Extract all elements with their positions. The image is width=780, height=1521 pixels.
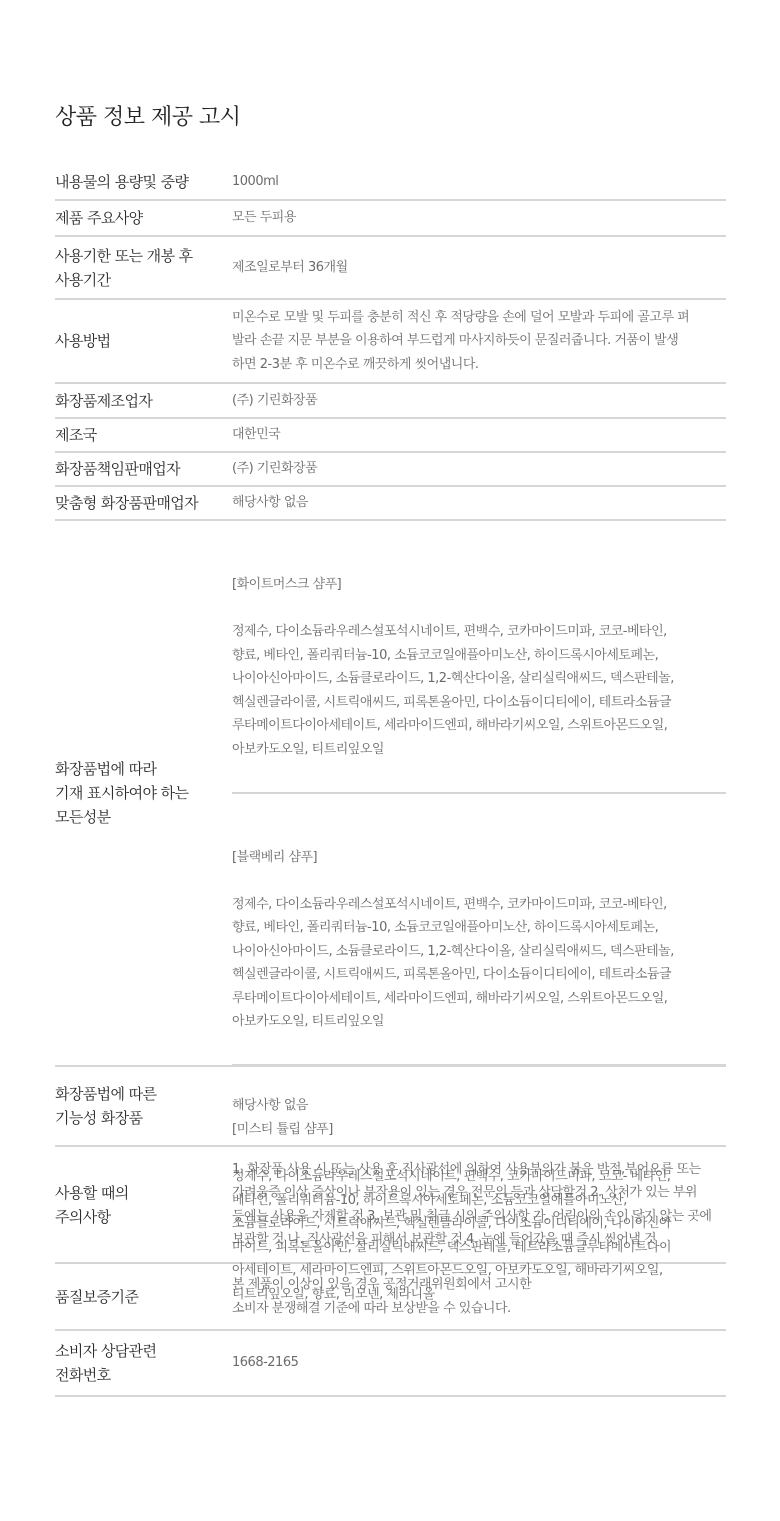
product-info-table: 내용물의 용량및 중량 1000ml 제품 주요사양 모든 두피용 사용기한 또… [55,165,726,1397]
row-label: 사용할 때의 주의사항 [55,1181,232,1229]
row-value: 제조일로부터 36개월 [232,256,726,280]
table-row-responsible-seller: 화장품책임판매업자 (주) 기린화장품 [55,453,726,487]
row-value: 1. 화장품 사용 시 또는 사용 후 직사광선에 의하여 사용부의가 붉은 반… [232,1158,726,1252]
row-label: 화장품법에 따른 기능성 화장품 [55,1082,232,1130]
row-value: 모든 두피용 [232,206,726,230]
row-value: 미온수로 모발 및 두피를 충분히 적신 후 적당량을 손에 덜어 모발과 두피… [232,306,726,377]
table-row-volume: 내용물의 용량및 중량 1000ml [55,165,726,201]
row-value: (주) 기린화장품 [232,457,726,481]
ingredient-group-title: [블랙베리 샴푸] [232,846,726,870]
ingredient-group-blackberry: [블랙베리 샴푸] 정제수, 다이소듐라우레스설포석시네이트, 편백수, 코카마… [232,817,726,1066]
row-label: 맞춤형 화장품판매업자 [55,491,232,515]
row-label: 소비자 상담관련 전화번호 [55,1339,232,1387]
ingredients-list: [화이트머스크 샴푸] 정제수, 다이소듐라우레스설포석시네이트, 편백수, 코… [232,521,726,1065]
table-row-spec: 제품 주요사양 모든 두피용 [55,201,726,237]
row-label: 화장품책임판매업자 [55,457,232,481]
row-label: 제조국 [55,423,232,447]
row-label: 화장품제조업자 [55,389,232,413]
row-label: 내용물의 용량및 중량 [55,170,232,194]
row-label: 사용방법 [55,329,232,353]
row-value: (주) 기린화장품 [232,389,726,413]
row-value: 1000ml [232,170,726,194]
row-label: 제품 주요사양 [55,206,232,230]
table-row-country: 제조국 대한민국 [55,419,726,453]
ingredient-group-title: [화이트머스크 샴푸] [232,573,726,597]
row-value: 해당사항 없음 [232,491,726,515]
table-row-expiry: 사용기한 또는 개봉 후 사용기간 제조일로부터 36개월 [55,237,726,300]
table-row-manufacturer: 화장품제조업자 (주) 기린화장품 [55,384,726,419]
ingredient-group-white-musk: [화이트머스크 샴푸] 정제수, 다이소듐라우레스설포석시네이트, 편백수, 코… [232,545,726,794]
row-label: 품질보증기준 [55,1285,232,1309]
phone-number: 1668-2165 [232,1351,726,1375]
ingredient-group-title: [미스티 튤립 샴푸] [232,1118,726,1142]
table-row-usage: 사용방법 미온수로 모발 및 두피를 충분히 적신 후 적당량을 손에 덜어 모… [55,300,726,384]
table-row-ingredients: 화장품법에 따라 기재 표시하여야 하는 모든성분 [화이트머스크 샴푸] 정제… [55,521,726,1067]
ingredient-group-text: 정제수, 다이소듐라우레스설포석시네이트, 편백수, 코카마이드미파, 코코-베… [232,620,726,761]
row-value: 해당사항 없음 [232,1094,726,1118]
ingredient-group-text: 정제수, 다이소듐라우레스설포석시네이트, 편백수, 코카마이드미파, 코코-베… [232,893,726,1034]
row-value: 대한민국 [232,423,726,447]
page-title: 상품 정보 제공 고시 [55,100,241,131]
row-label: 사용기한 또는 개봉 후 사용기간 [55,244,232,292]
row-label: 화장품법에 따라 기재 표시하여야 하는 모든성분 [55,757,232,829]
table-row-custom-seller: 맞춤형 화장품판매업자 해당사항 없음 [55,487,726,521]
table-row-precautions: 사용할 때의 주의사항 1. 화장품 사용 시 또는 사용 후 직사광선에 의하… [55,1147,726,1264]
row-value: 본 제품이 이상이 있을 경우 공정거래위원회에서 고시한 소비자 분쟁해결 기… [232,1273,726,1320]
